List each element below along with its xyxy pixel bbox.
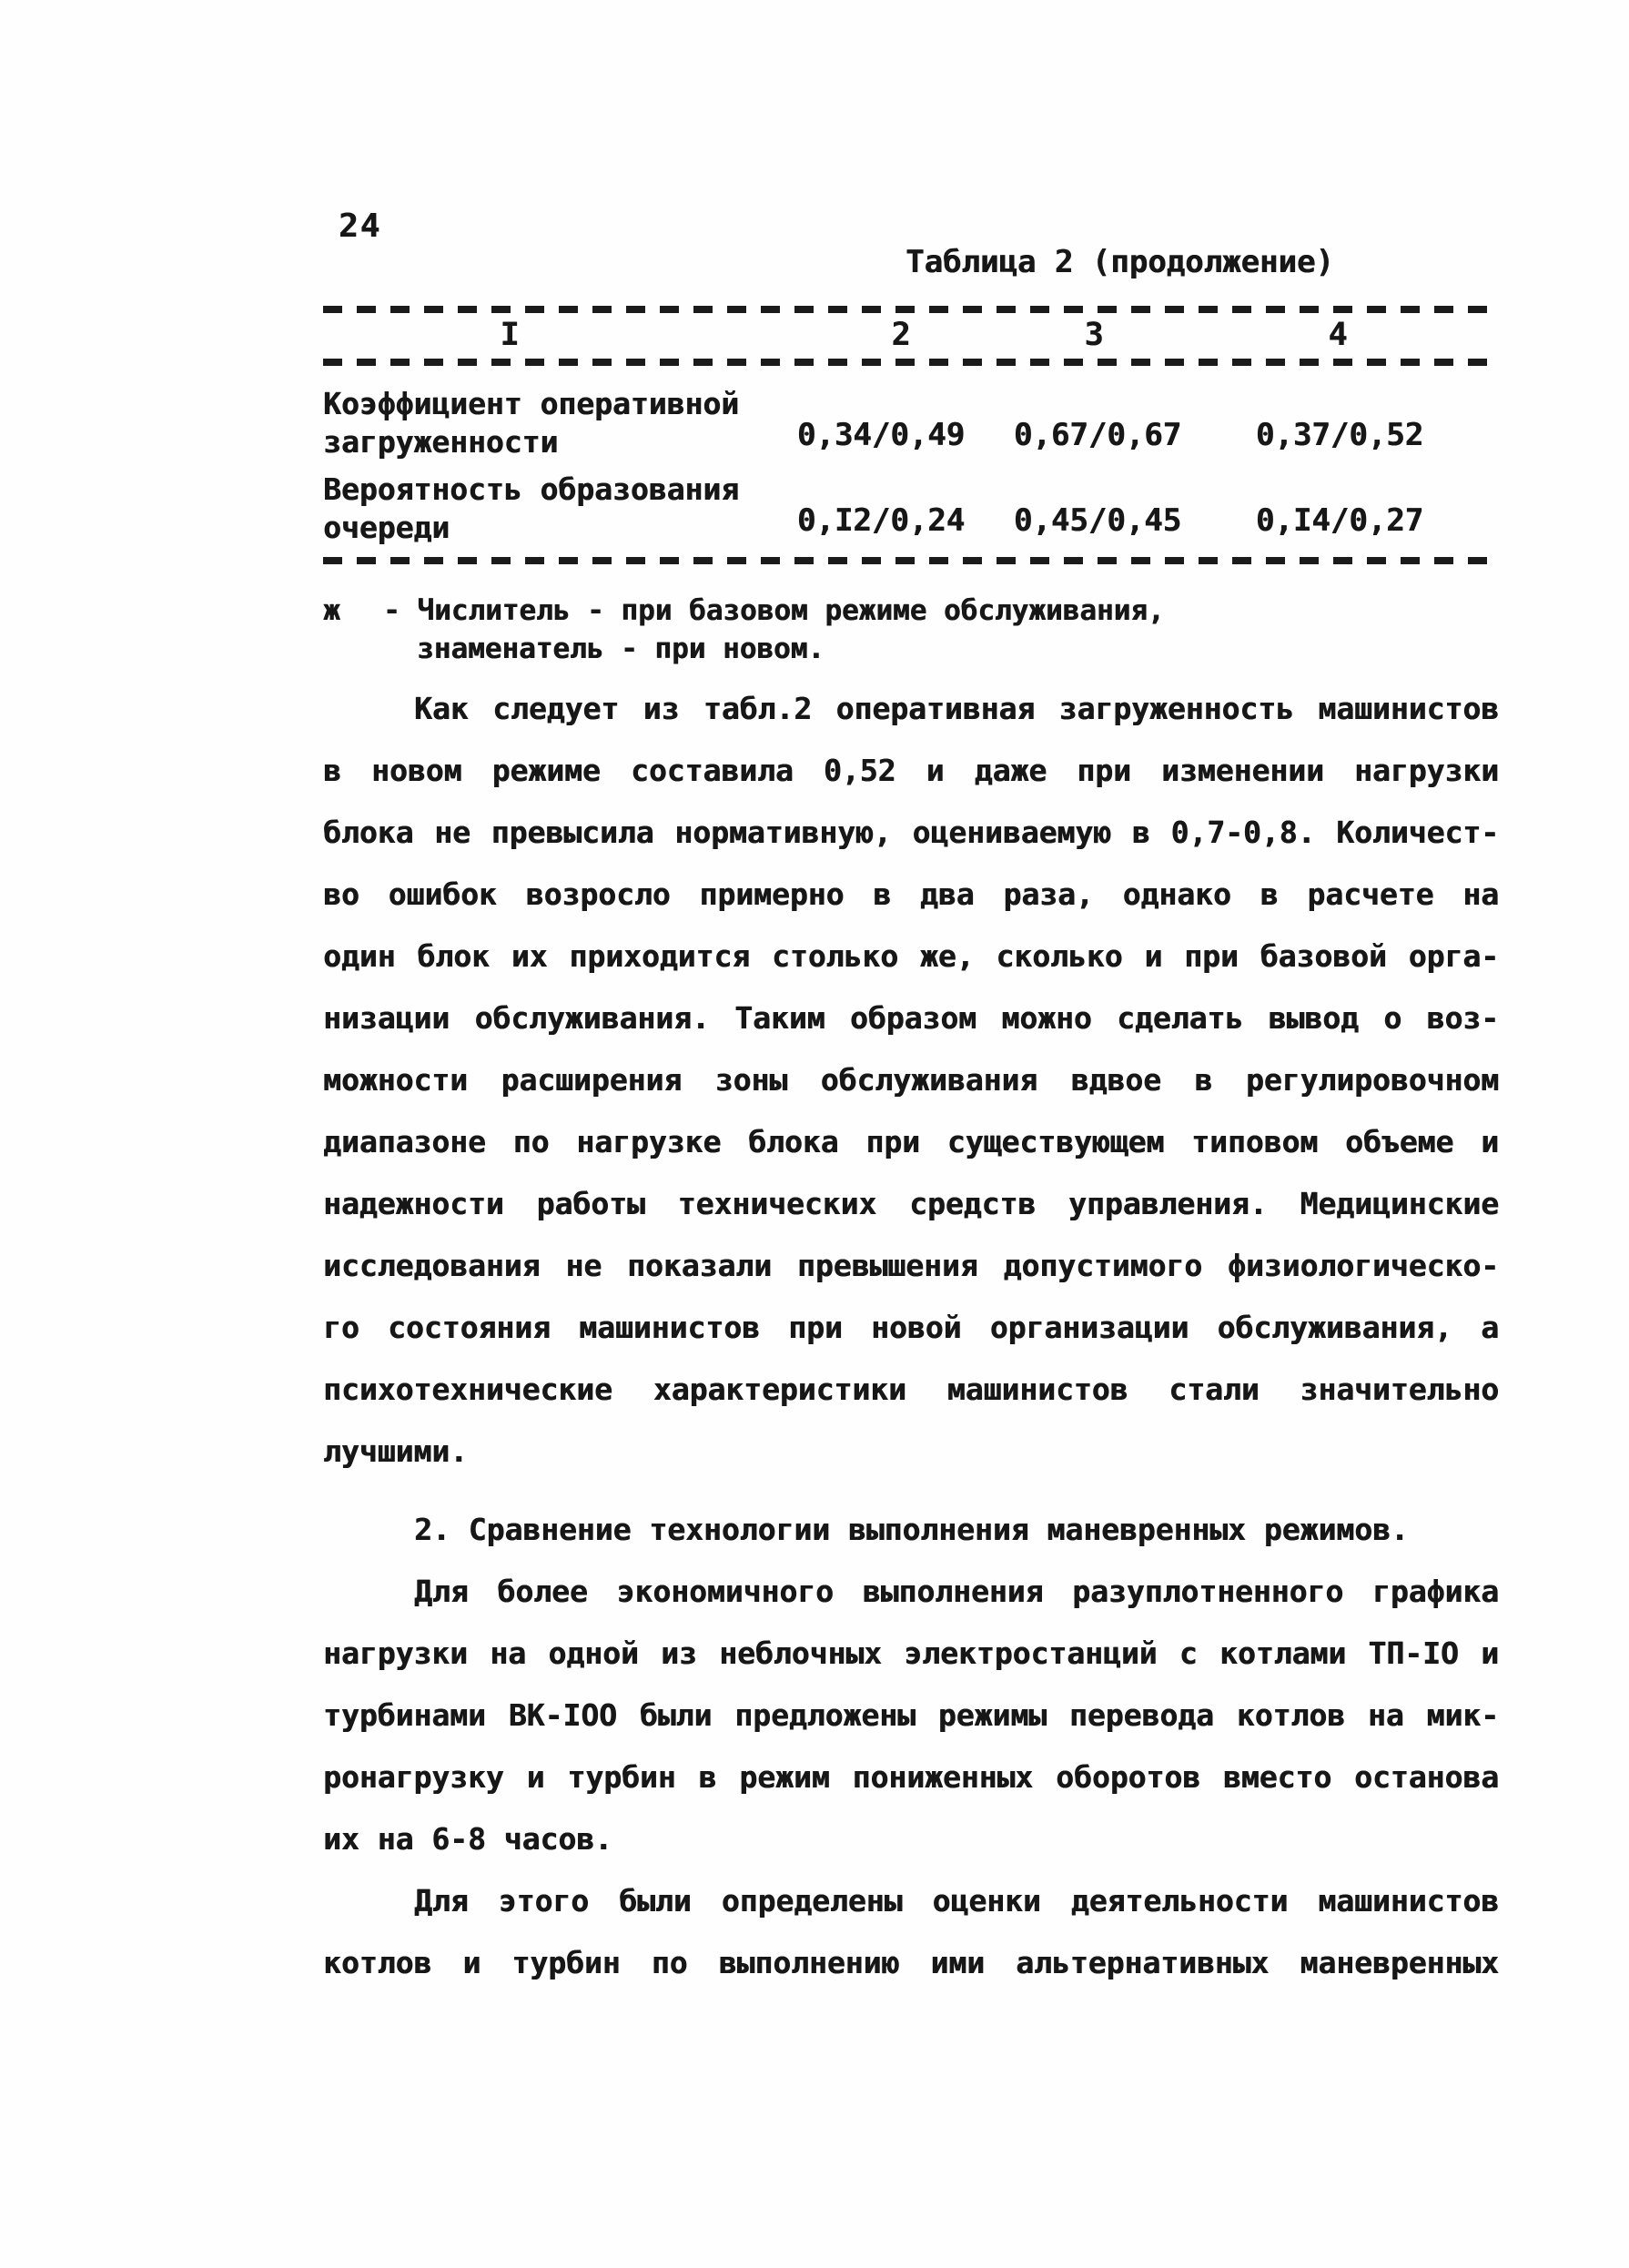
- body-line: можности расширения зоны обслуживания вд…: [323, 1049, 1499, 1111]
- document-page: 24 Таблица 2 (продолжение) I 2 3 4 Коэфф…: [0, 0, 1629, 2268]
- body-line: их на 6-8 часов.: [323, 1808, 1499, 1870]
- body-line: лучшими.: [323, 1421, 1499, 1483]
- table-column-header-4: 4: [1301, 317, 1374, 353]
- body-line: Для более экономичного выполнения разупл…: [323, 1561, 1499, 1623]
- body-line: надежности работы технических средств уп…: [323, 1173, 1499, 1235]
- body-line: Для этого были определены оценки деятель…: [323, 1870, 1499, 1932]
- table-column-header-3: 3: [1057, 317, 1130, 353]
- body-line: блока не превысила нормативную, оценивае…: [323, 802, 1499, 864]
- body-line: турбинами ВК-IOO были предложены режимы …: [323, 1685, 1499, 1747]
- table-row1-label-line2: загруженности: [323, 424, 558, 460]
- table-row1-value-col2: 0,34/0,49: [763, 417, 999, 453]
- table-row1-value-col3: 0,67/0,67: [979, 417, 1216, 453]
- body-line: нагрузки на одной из неблочных электрост…: [323, 1623, 1499, 1685]
- body-line: го состояния машинистов при новой органи…: [323, 1297, 1499, 1359]
- footnote-text-1: - Числитель - при базовом режиме обслужи…: [383, 592, 1165, 630]
- body-line: психотехнические характеристики машинист…: [323, 1359, 1499, 1421]
- body-line: исследования не показали превышения допу…: [323, 1235, 1499, 1297]
- table-row2-label-line1: Вероятность образования: [323, 471, 739, 507]
- body-line: Как следует из табл.2 оперативная загруж…: [323, 678, 1499, 740]
- body-line: в новом режиме составила 0,52 и даже при…: [323, 740, 1499, 802]
- body-line: ронагрузку и турбин в режим пониженных о…: [323, 1747, 1499, 1808]
- body-line: диапазоне по нагрузке блока при существу…: [323, 1111, 1499, 1173]
- table-column-header-1: I: [473, 317, 546, 353]
- table-title: Таблица 2 (продолжение): [906, 244, 1334, 280]
- footnote-line-1: ж - Числитель - при базовом режиме обслу…: [323, 592, 1499, 630]
- body-line: низации обслуживания. Таким образом можн…: [323, 987, 1499, 1049]
- table-row1-value-col4: 0,37/0,52: [1221, 417, 1458, 453]
- table-footnote: ж - Числитель - при базовом режиме обслу…: [323, 592, 1499, 668]
- table-row2-value-col2: 0,I2/0,24: [763, 502, 999, 539]
- table-row2-label-line2: очереди: [323, 510, 450, 545]
- page-number: 24: [339, 208, 381, 245]
- body-line: во ошибок возросло примерно в два раза, …: [323, 864, 1499, 926]
- table-top-dashed-rule: [323, 306, 1499, 313]
- body-text: Как следует из табл.2 оперативная загруж…: [323, 678, 1499, 1994]
- table-header-dashed-rule: [323, 359, 1499, 366]
- body-line: котлов и турбин по выполнению ими альтер…: [323, 1932, 1499, 1994]
- table-column-header-2: 2: [865, 317, 937, 353]
- table-row2-value-col3: 0,45/0,45: [979, 502, 1216, 539]
- footnote-marker: ж: [323, 592, 383, 630]
- body-line: 2. Сравнение технологии выполнения манев…: [323, 1499, 1499, 1561]
- body-line: один блок их приходится столько же, скол…: [323, 926, 1499, 987]
- table-bottom-dashed-rule: [323, 557, 1499, 564]
- footnote-line-2: знаменатель - при новом.: [323, 630, 1499, 668]
- table-row1-label-line1: Коэффициент оперативной: [323, 386, 739, 421]
- table-row2-value-col4: 0,I4/0,27: [1221, 502, 1458, 539]
